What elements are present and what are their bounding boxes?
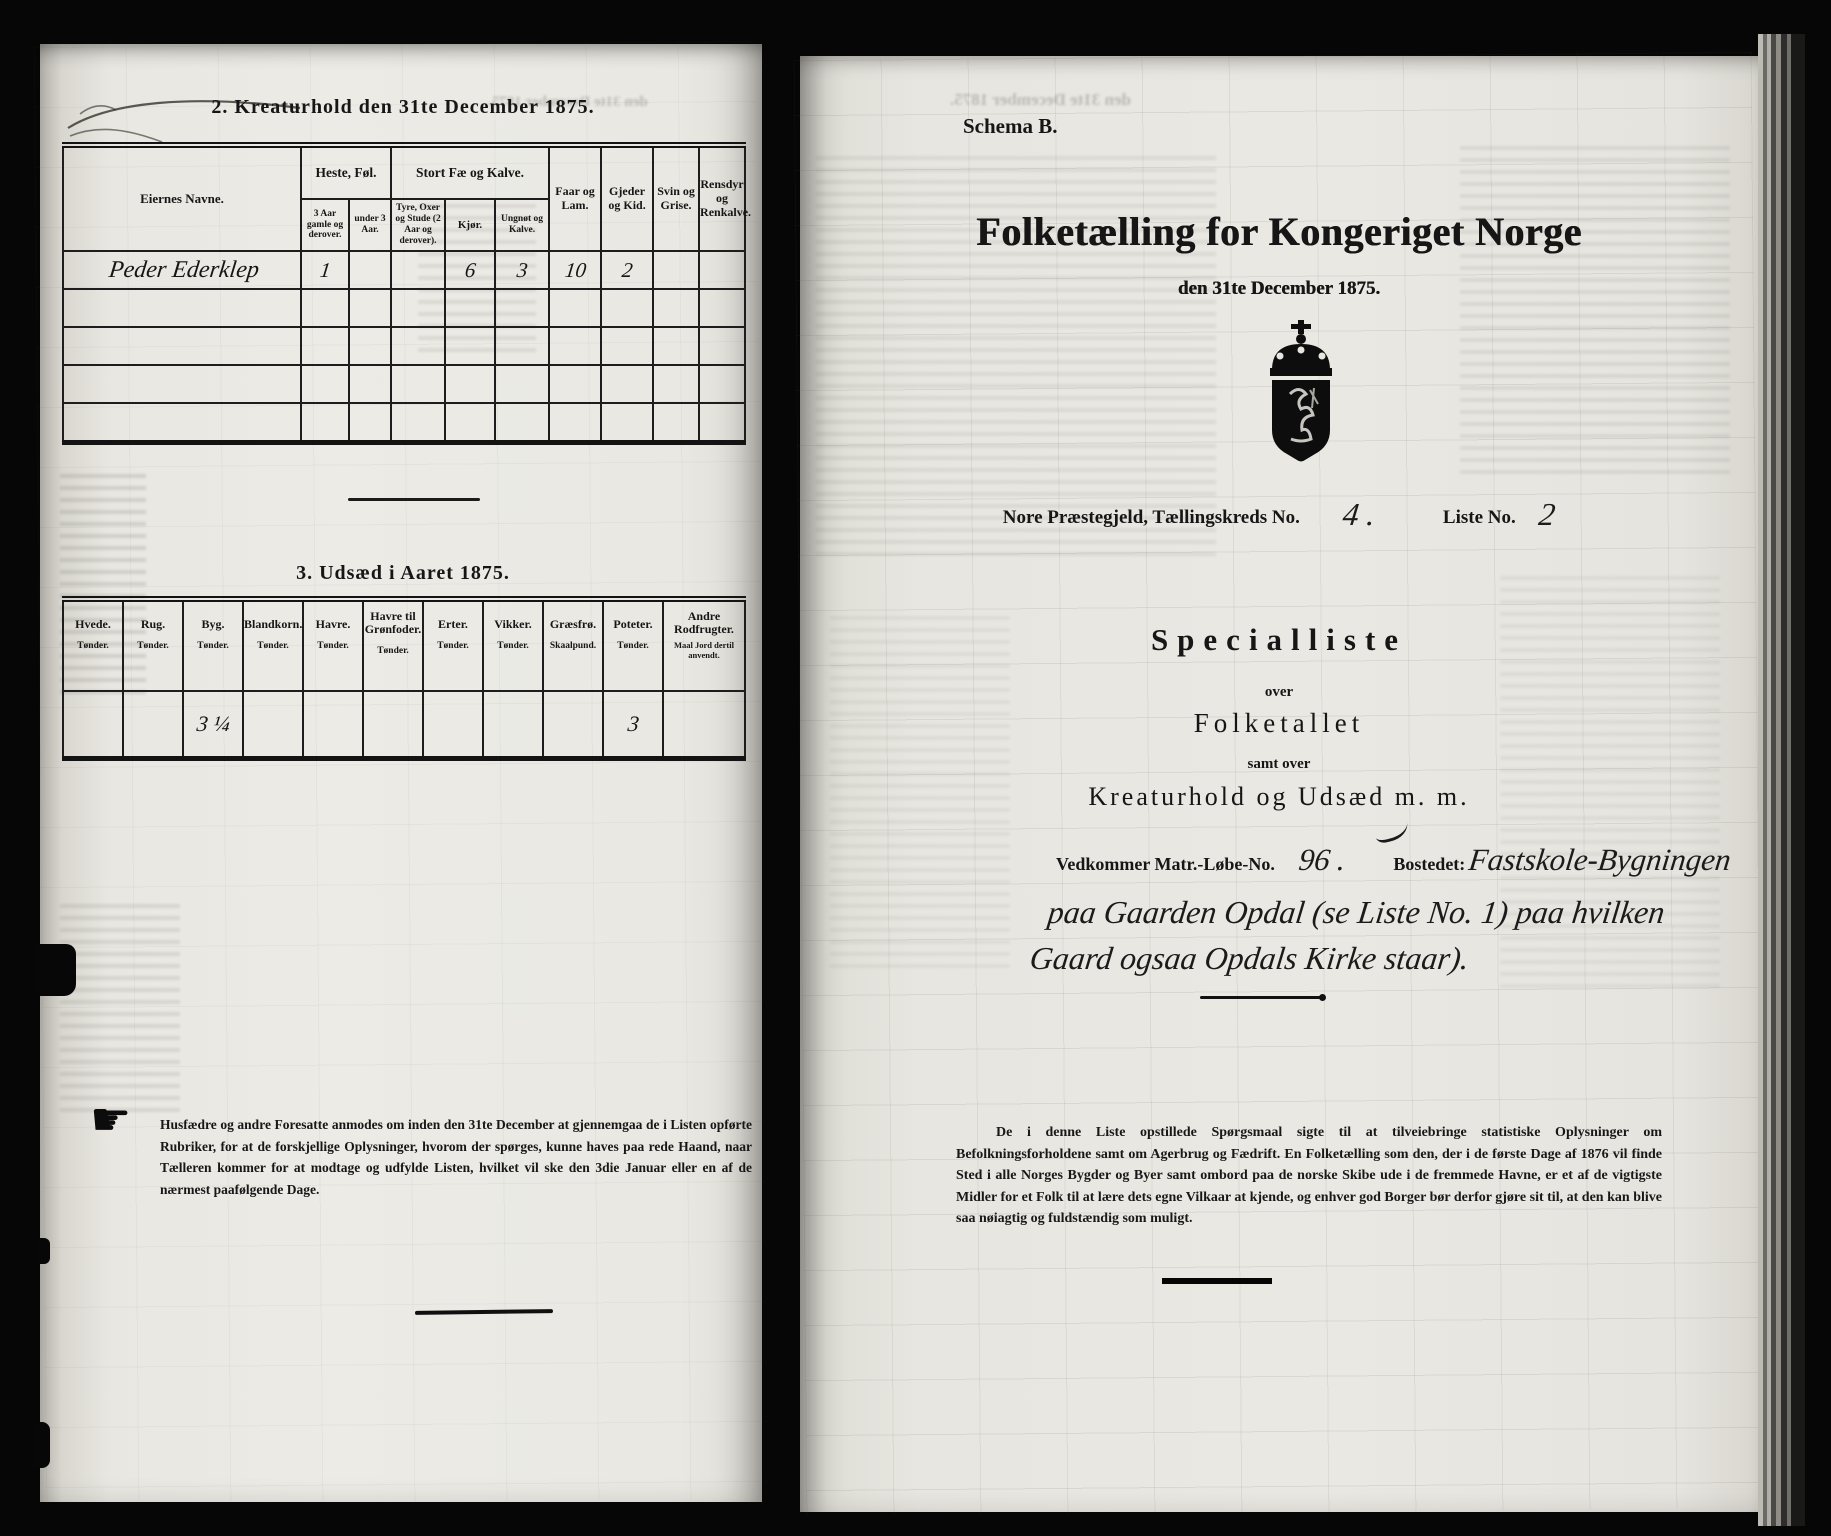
liste-number-handwritten: 2 (1537, 496, 1558, 533)
cell-value: 6 (463, 258, 477, 283)
title-page-content: Schema B. Folketælling for Kongeriget No… (800, 56, 1758, 1512)
crop-col-header: Byg. Tønder. (183, 599, 243, 691)
col-subheader-calves: Ungnøt og Kalve. (495, 199, 549, 251)
crop-col-header: Græsfrø. Skaalpund. (543, 599, 603, 691)
residence-line-2: paa Gaarden Opdal (se Liste No. 1) paa h… (1048, 894, 1665, 931)
district-number-handwritten: 4 . (1341, 496, 1378, 533)
crop-col-header: Havre. Tønder. (303, 599, 363, 691)
crop-col-header: Blandkorn. Tønder. (243, 599, 303, 691)
bleedthrough-smudge (60, 904, 180, 1114)
district-line: Nore Præstegjeld, Tællingskreds No. 4 . … (800, 494, 1758, 531)
section-divider-rule (348, 498, 480, 501)
table-row (63, 327, 745, 365)
crop-col-header: Poteter. Tønder. (603, 599, 663, 691)
speciallist-over: over (800, 684, 1758, 701)
closing-rule (1162, 1278, 1272, 1284)
handwritten-dash (415, 1309, 553, 1315)
speciallist-samt-over: samt over (800, 756, 1758, 773)
table-row (63, 403, 745, 443)
col-subheader-horses-young: under 3 Aar. (349, 199, 391, 251)
crop-col-header: Hvede. Tønder. (63, 599, 123, 691)
cell-value: 3 (626, 711, 640, 737)
cell-value: 1 (318, 258, 332, 283)
manicule-icon: ☛ (90, 1092, 131, 1146)
census-info-paragraph: De i denne Liste opstillede Spørgsmaal s… (956, 1122, 1662, 1230)
left-page: den 31te December 1875. 2. Kreaturhold d… (40, 44, 762, 1502)
handwritten-underline (1200, 996, 1322, 999)
census-date-line: den 31te December 1875. (800, 278, 1758, 300)
col-header-goats: Gjeder og Kid. (601, 145, 653, 251)
cell-value: 2 (620, 258, 634, 283)
scanned-census-spread: den 31te December 1875. 2. Kreaturhold d… (0, 0, 1831, 1536)
col-header-reindeer: Rensdyr og Renkalve. (699, 145, 745, 251)
col-header-sheep: Faar og Lam. (549, 145, 601, 251)
bosted-value-handwritten: Fastskole-Bygningen (1467, 842, 1733, 878)
district-prefix: Nore Præstegjeld, Tællingskreds No. (1003, 507, 1300, 528)
col-subheader-cows: Kjør. (445, 199, 495, 251)
livestock-table-title: 2. Kreaturhold den 31te December 1875. (62, 96, 744, 119)
cell-value: 3 ¼ (195, 711, 231, 737)
livestock-table: Eiernes Navne. Heste, Føl. Stort Fæ og K… (62, 142, 746, 445)
speciallist-folketallet: Folketallet (800, 708, 1758, 739)
scan-artifact (36, 944, 76, 996)
col-group-horses: Heste, Føl. (301, 145, 391, 199)
scan-artifact (38, 1238, 50, 1264)
census-title: Folketælling for Kongeriget Norge (800, 208, 1758, 255)
owner-name-handwritten: Peder Ederklep (107, 257, 260, 284)
residence-line-3: Gaard ogsaa Opdals Kirke staar). (1030, 940, 1469, 977)
crop-col-header: Havre til Grønfoder. Tønder. (363, 599, 423, 691)
crop-col-header: Andre Rodfrugter. Maal Jord dertil anven… (663, 599, 745, 691)
table-row (63, 289, 745, 327)
liste-label: Liste No. (1443, 507, 1516, 528)
schema-label: Schema B. (963, 114, 1058, 139)
col-group-cattle: Stort Fæ og Kalve. (391, 145, 549, 199)
crop-col-header: Erter. Tønder. (423, 599, 483, 691)
residence-line-1: Vedkommer Matr.-Løbe-No. 96 . Bostedet: … (1056, 842, 1731, 878)
crop-col-header: Vikker. Tønder. (483, 599, 543, 691)
matr-label: Vedkommer Matr.-Løbe-No. (1056, 854, 1275, 874)
book-page-edges (1758, 34, 1805, 1526)
col-subheader-bulls: Tyre, Oxer og Stude (2 Aar og derover). (391, 199, 445, 251)
crops-table-title: 3. Udsæd i Aaret 1875. (62, 562, 744, 585)
crop-col-header: Rug. Tønder. (123, 599, 183, 691)
coat-of-arms-norway (1262, 318, 1340, 468)
matr-number-handwritten: 96 . (1297, 842, 1348, 878)
crops-table: Hvede. Tønder. Rug. Tønder. Byg. Tønder.… (62, 596, 746, 761)
table-row (63, 365, 745, 403)
table-row: Peder Ederklep 1 6 3 10 2 (63, 251, 745, 289)
col-subheader-horses-old: 3 Aar gamle og derover. (301, 199, 349, 251)
cell-value: 10 (563, 258, 587, 283)
handwriting-lead-stroke (1371, 812, 1410, 844)
bosted-label: Bostedet: (1393, 854, 1465, 874)
speciallist-heading: Specialliste (800, 622, 1758, 658)
col-header-owner: Eiernes Navne. (63, 145, 301, 251)
table-row: 3 ¼ 3 (63, 691, 745, 759)
speciallist-kreaturhold: Kreaturhold og Udsæd m. m. (800, 782, 1758, 812)
instruction-footnote: Husfædre og andre Foresatte anmodes om i… (160, 1114, 752, 1200)
cell-value: 3 (515, 258, 529, 283)
col-header-pigs: Svin og Grise. (653, 145, 699, 251)
right-page: den 31te December 1875. Schema B. Folket… (800, 56, 1758, 1512)
scan-artifact (34, 1422, 50, 1468)
